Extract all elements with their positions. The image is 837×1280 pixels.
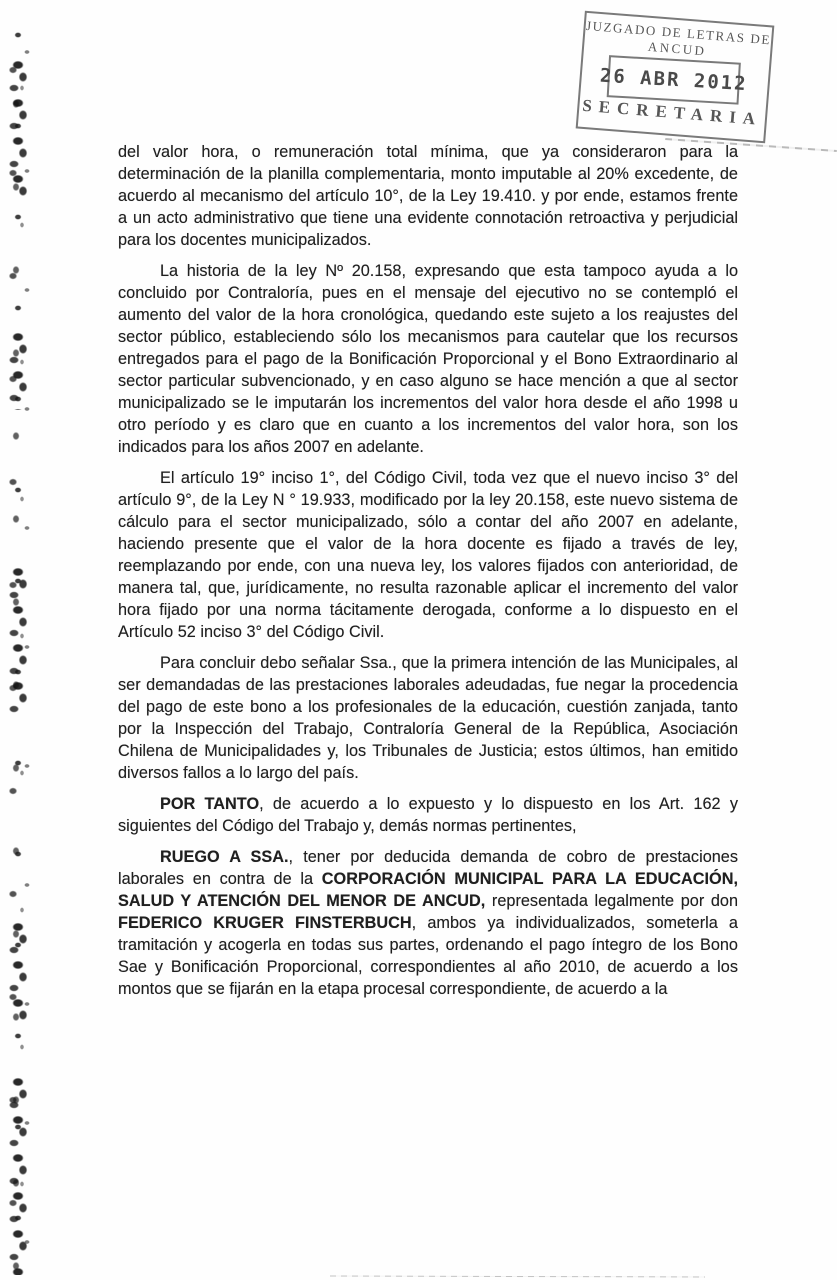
document-body: del valor hora, o remuneración total mín… <box>118 141 738 1009</box>
paragraph: Para concluir debo señalar Ssa., que la … <box>118 652 738 784</box>
bold-run: RUEGO A SSA. <box>160 848 289 866</box>
edge-ink-cluster <box>5 58 31 198</box>
text-run: Para concluir debo señalar Ssa., que la … <box>118 654 738 782</box>
paragraph: del valor hora, o remuneración total mín… <box>118 141 738 251</box>
bold-run: FEDERICO KRUGER FINSTERBUCH <box>118 914 412 932</box>
scanner-artifact-line <box>330 1276 705 1278</box>
paragraph: El artículo 19° inciso 1°, del Código Ci… <box>118 467 738 643</box>
scanned-legal-document-page: JUZGADO DE LETRAS DE ANCUD 26 ABR 2012 S… <box>0 0 837 1280</box>
edge-ink-cluster <box>5 920 31 1020</box>
paragraph: RUEGO A SSA., tener por deducida demanda… <box>118 846 738 1000</box>
text-run: del valor hora, o remuneración total mín… <box>118 143 738 249</box>
court-receipt-stamp: JUZGADO DE LETRAS DE ANCUD 26 ABR 2012 S… <box>576 11 775 144</box>
edge-ink-cluster <box>5 330 31 410</box>
edge-ink-cluster <box>5 565 31 715</box>
paragraph: POR TANTO, de acuerdo a lo expuesto y lo… <box>118 793 738 837</box>
stamp-date: 26 ABR 2012 <box>599 65 748 95</box>
stamp-date-box: 26 ABR 2012 <box>607 55 741 105</box>
text-run: La historia de la ley Nº 20.158, expresa… <box>118 262 738 456</box>
paragraph: La historia de la ley Nº 20.158, expresa… <box>118 260 738 458</box>
text-run: El artículo 19° inciso 1°, del Código Ci… <box>118 469 738 641</box>
edge-ink-cluster <box>5 1075 31 1275</box>
text-run: representada legalmente por don <box>485 892 738 910</box>
bold-run: POR TANTO <box>160 795 259 813</box>
